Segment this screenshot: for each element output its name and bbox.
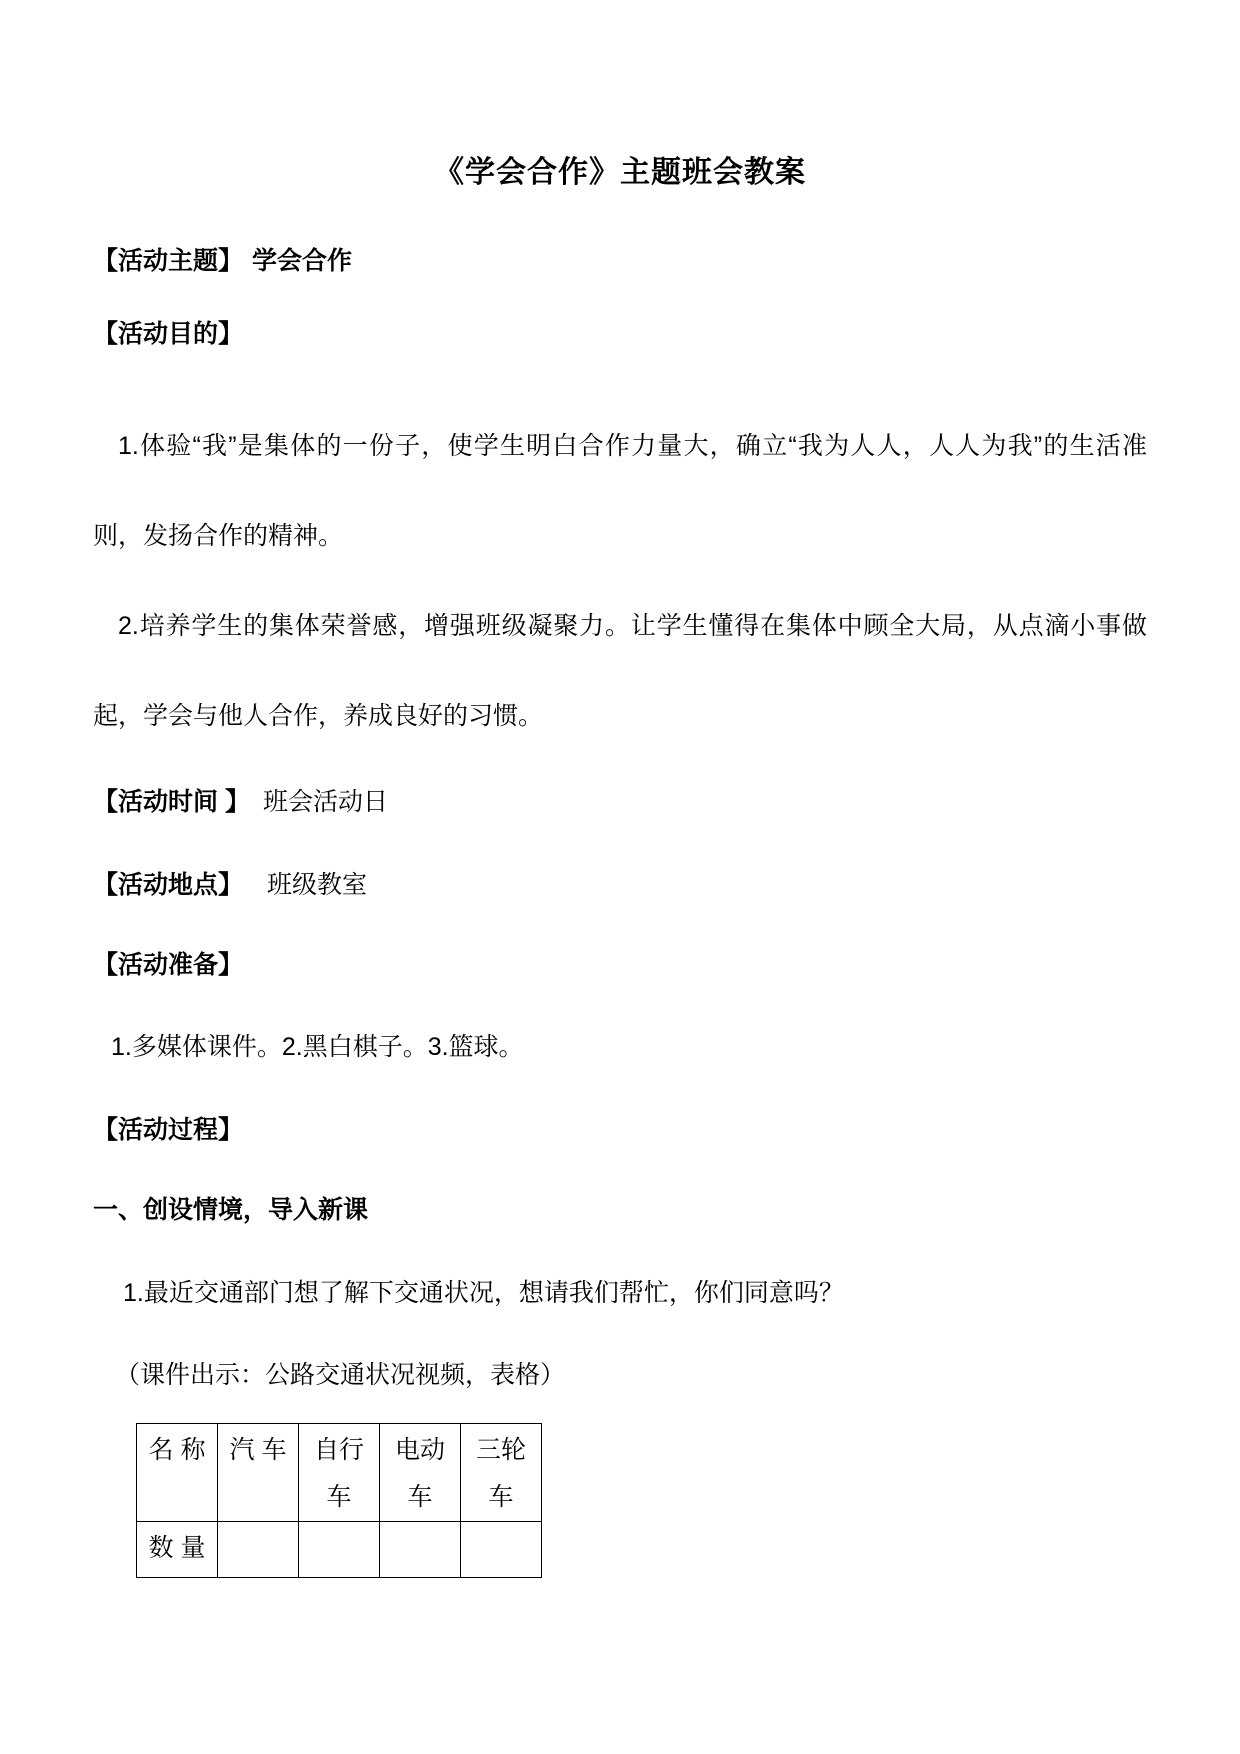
data-cell-ebike-count (380, 1522, 461, 1578)
data-cell-quantity-label: 数 量 (137, 1522, 218, 1578)
section-preparation-heading: 【活动准备】 (93, 949, 1147, 982)
purpose-item-1: 1.体验“我”是集体的一份子，使学生明白合作力量大，确立“我为人人，人人为我”的… (93, 401, 1147, 581)
theme-label: 【活动主题】 (93, 247, 243, 275)
step1-question: 1.最近交通部门想了解下交通状况，想请我们帮忙，你们同意吗？ (93, 1277, 1147, 1310)
theme-value: 学会合作 (252, 247, 352, 275)
traffic-count-table: 名 称 汽 车 自行车 电动车 三轮车 数 量 (136, 1423, 542, 1578)
header-cell-car: 汽 车 (218, 1424, 299, 1522)
header-cell-name: 名 称 (137, 1424, 218, 1522)
table-header-row: 名 称 汽 车 自行车 电动车 三轮车 (137, 1424, 542, 1522)
section-process-heading: 【活动过程】 (93, 1114, 1147, 1147)
header-cell-bicycle: 自行车 (299, 1424, 380, 1522)
data-cell-bicycle-count (299, 1522, 380, 1578)
step1-heading: 一、创设情境，导入新课 (93, 1194, 1147, 1227)
header-cell-ebike: 电动车 (380, 1424, 461, 1522)
section-time: 【活动时间 】班会活动日 (93, 786, 1147, 819)
place-value: 班级教室 (267, 871, 367, 899)
header-cell-tricycle: 三轮车 (461, 1424, 542, 1522)
preparation-items: 1.多媒体课件。2.黑白棋子。3.篮球。 (93, 1031, 1147, 1064)
data-cell-car-count (218, 1522, 299, 1578)
time-value: 班会活动日 (263, 788, 388, 816)
purpose-item-2: 2.培养学生的集体荣誉感，增强班级凝聚力。让学生懂得在集体中顾全大局，从点滴小事… (93, 581, 1147, 761)
data-cell-tricycle-count (461, 1522, 542, 1578)
step1-courseware-note: （课件出示：公路交通状况视频，表格） (93, 1359, 1147, 1392)
section-purpose-heading: 【活动目的】 (93, 318, 1147, 351)
page-title: 《学会合作》主题班会教案 (93, 0, 1147, 193)
section-place: 【活动地点】班级教室 (93, 869, 1147, 902)
section-theme: 【活动主题】学会合作 (93, 245, 1147, 278)
table-data-row: 数 量 (137, 1522, 542, 1578)
time-label: 【活动时间 】 (93, 788, 250, 816)
place-label: 【活动地点】 (93, 871, 243, 899)
document-page: 《学会合作》主题班会教案 【活动主题】学会合作 【活动目的】 1.体验“我”是集… (0, 0, 1240, 1754)
